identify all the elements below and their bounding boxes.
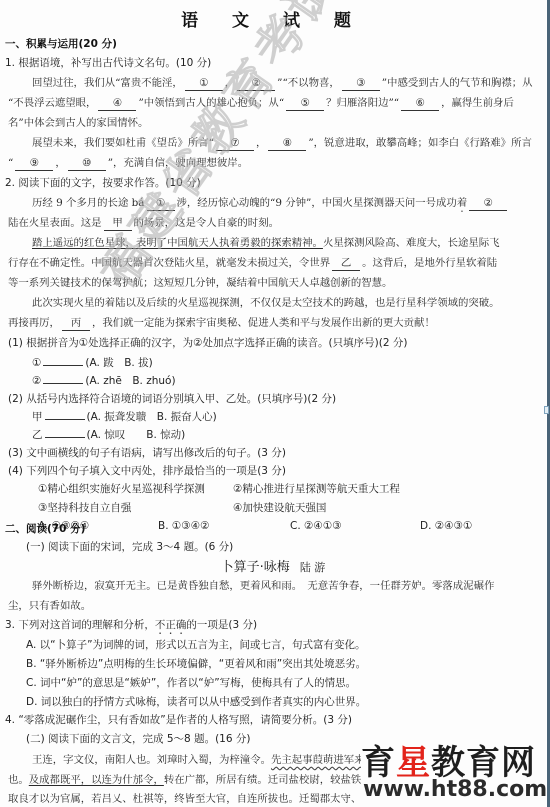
q2-passage-line-2: 陆在火星表面。这是甲的场景，这是令人自豪的时刻。	[0, 215, 279, 231]
blank-q2-1[interactable]: ①	[147, 197, 175, 211]
q1-paragraph-line-2: “不畏浮云遮望眼，④”中领悟到古人的雄心抱负；从“⑤？归雁洛阳边”“⑥，赢得生前…	[0, 95, 514, 111]
classical-text-line-2: 也。及成都既平，以连为什邡令，转在广都，所居有绩。迁司盐校尉，较盐铁之利，利入甚…	[0, 772, 528, 788]
underlined-sentence-2: 及成都既平，以连为什邡令，	[29, 774, 164, 786]
blank-2[interactable]: ②	[237, 77, 275, 91]
answer-blank-sub1-2[interactable]	[43, 383, 83, 384]
blank-9[interactable]: ⑨	[15, 157, 53, 171]
q2-passage-line-7: 再接再厉，丙，我们就一定能为探索宇宙奥秘、促进人类和平与发展作出新的更大贡献！	[0, 315, 435, 331]
blank-10[interactable]: ⑩	[68, 157, 106, 171]
sentence-1: ①精心组织实施好火星巡视科学探测	[38, 481, 205, 497]
q3-option-b[interactable]: B. “驿外断桥边”点明梅的生长环境偏僻，“更着风和雨”突出其处境恶劣。	[0, 656, 366, 672]
sentence-4: ④加快建设航天强国	[233, 500, 326, 516]
q2-sub1-stem: (1) 根据拼音为①处选择正确的汉字，为②处加点字选择正确的读音。(只填序号)(…	[0, 335, 407, 351]
blank-8[interactable]: ⑧	[268, 137, 306, 151]
classical-text-line-3: 取良才以为官属，若吕乂、杜祺等，终皆至大官，自连所拔也。迁蜀郡太守、兴业将军，领…	[0, 791, 507, 807]
sentence-3: ③坚持科技自立自强	[38, 500, 131, 516]
resize-handle[interactable]	[544, 406, 549, 414]
poem-line-1: 驿外断桥边，寂寞开无主。已是黄昏独自愁，更着风和雨。 无意苦争春，一任群芳妒。零…	[0, 578, 494, 594]
page-title: 语 文 试 题	[0, 6, 546, 31]
q1-paragraph-line-5: “⑨，⑩”，充满自信，驶向理想彼岸。	[0, 155, 248, 171]
q1-paragraph-line-4: 展望未来，我们要如杜甫《望岳》所言“⑦，⑧”，锐意进取，敢攀高峰；如李白《行路难…	[0, 135, 532, 151]
q2-passage-line-5: 等一系列关键技术的保驾护航；这短短几分钟，凝结着中国航天人卓越创新的智慧。	[0, 275, 392, 291]
blank-jia[interactable]: 甲	[104, 217, 132, 231]
poem-title: 卜算子·咏梅陆 游	[0, 556, 546, 575]
blank-q2-2[interactable]: ②	[469, 197, 507, 211]
blank-bing[interactable]: 丙	[62, 317, 90, 331]
q2-sub4-stem: (4) 下列四个句子填入文中丙处，排序最恰当的一项是(3 分)	[0, 463, 286, 479]
choice-b[interactable]: B. ①③④②	[158, 518, 210, 534]
question-3-stem: 3. 下列对这首词的理解和分析，不正确的一项是(3 分)	[5, 617, 257, 637]
question-1-stem: 1. 根据语境，补写出古代诗文名句。(10 分)	[5, 55, 211, 71]
emphasized-text: 不正确	[155, 619, 187, 631]
part2-intro: (二) 阅读下面的文言文，完成 5～8 题。(16 分)	[0, 731, 250, 747]
q2-sub3-stem: (3) 文中画横线的句子有语病，请写出修改后的句子。(3 分)	[0, 445, 286, 461]
q2-sub1-option-1: ①(A. 跋 B. 拔)	[0, 355, 153, 371]
answer-blank-sub1-1[interactable]	[43, 365, 83, 366]
question-4-stem: 4. “零落成泥碾作尘，只有香如故”是作者的人格写照，请简要分析。(3 分)	[5, 712, 352, 728]
blank-6[interactable]: ⑥	[401, 97, 439, 111]
blank-yi[interactable]: 乙	[332, 257, 360, 271]
q1-paragraph-line-3: 名”中体会到古人的家国情怀。	[0, 115, 148, 131]
answer-blank-jia[interactable]	[45, 419, 85, 420]
q3-option-c[interactable]: C. 词中“妒”的意思是“嫉妒”，作者以“妒”写梅，使梅具有了人的情思。	[0, 675, 356, 691]
q3-option-a[interactable]: A. 以“卜算子”为词牌的词，形式以五言为主，间或七言，句式富有变化。	[0, 637, 366, 653]
sentence-2: ②精心推进行星探测等航天重大工程	[233, 481, 400, 497]
poem-author: 陆 游	[300, 561, 326, 574]
q2-passage-line-6: 此次实现火星的着陆以及后续的火星巡视探测，不仅仅是太空技术的跨越，也是行星科学领…	[0, 295, 500, 311]
q2-passage-line-3: 踏上遥远的红色星球，表明了中国航天人执着勇毅的探索精神。火星探测风险高、难度大，…	[0, 235, 500, 251]
section-heading-accumulation: 一、积累与运用(20 分)	[5, 36, 117, 52]
underlined-sentence: 踏上遥远的红色星球，表明了中国航天人执着勇毅的探索精神。	[32, 237, 323, 249]
answer-blank-yi[interactable]	[45, 437, 85, 438]
blank-3[interactable]: ③	[342, 77, 380, 91]
q3-option-d[interactable]: D. 词以独白的抒情方式咏梅，读者可以从中感受到作者真实的内心世界。	[0, 694, 366, 710]
question-2-stem: 2. 阅读下面的文字，按要求作答。(10 分)	[5, 175, 201, 191]
blank-4[interactable]: ④	[98, 97, 136, 111]
poem-line-2: 尘，只有香如故。	[0, 598, 91, 614]
part1-intro: (一) 阅读下面的宋词，完成 3～4 题。(6 分)	[0, 539, 233, 555]
q2-sub2-option-jia: 甲(A. 振聋发聩 B. 振奋人心)	[0, 409, 217, 425]
blank-7[interactable]: ⑦	[216, 137, 254, 151]
q2-sub2-stem: (2) 从括号内选择符合语境的词语分别填入甲、乙处。(只填序号)(2 分)	[0, 391, 336, 407]
classical-text-line-1: 王连，字文仪，南阳人也。刘璋时入蜀，为梓潼令。先主起事葭萌进军来南连闭城不降先主…	[0, 752, 510, 768]
exam-page: 语 文 试 题 一、积累与运用(20 分) 1. 根据语境，补写出古代诗文名句。…	[0, 0, 546, 807]
q2-passage-line-1: 历经 9 个多月的长途 bá①涉，经历惊心动魄的“9 分钟”，中国火星探测器天问…	[0, 195, 509, 215]
blank-5[interactable]: ⑤	[286, 97, 324, 111]
choice-d[interactable]: D. ②④③①	[420, 518, 472, 534]
choice-c[interactable]: C. ②④①③	[290, 518, 342, 534]
blank-1[interactable]: ①	[185, 77, 223, 91]
wavy-underlined-sentence: 先主起事葭萌进军来南连闭城不降先主义之	[271, 754, 468, 766]
q1-paragraph-line-1: 回望过往，我们从“富贵不能淫，①，②”“不以物喜，③”中感受到古人的气节和胸襟；…	[0, 75, 533, 91]
section-heading-reading: 二、阅读(70 分)	[5, 521, 85, 537]
q2-sub2-option-yi: 乙(A. 惊叹 B. 惊动)	[0, 427, 185, 443]
q2-sub1-option-2: ②(A. zhē B. zhuó)	[0, 373, 176, 389]
q2-passage-line-4: 行存在不确定性。中国航天器首次登陆火星，就毫发未损过关，令世界乙。这背后，是地外…	[0, 255, 497, 271]
dotted-char: 着	[457, 197, 467, 209]
